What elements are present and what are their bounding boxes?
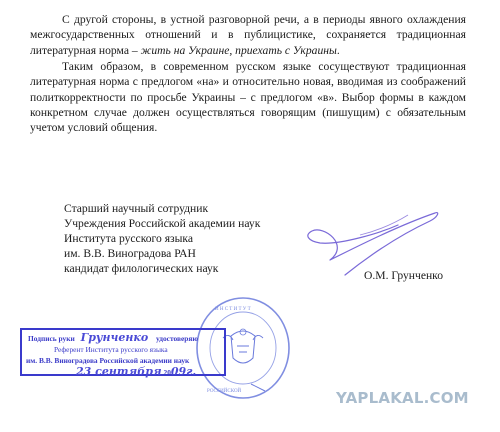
stamp-line-2: Референт Института русского языка: [26, 344, 220, 355]
stamp-handwritten-date: 23 сентября: [76, 365, 162, 378]
stamp-line-1-label: Подпись руки: [28, 334, 75, 343]
certification-stamp: Подпись руки Грунченко удостоверяю Рефер…: [20, 328, 226, 376]
paragraph-1: С другой стороны, в устной разговорной р…: [30, 12, 466, 58]
stamp-handwritten-year: 09г.: [171, 365, 196, 378]
paragraph-2: Таким образом, в современном русском язы…: [30, 59, 466, 135]
stamp-handwritten-name: Грунченко: [81, 331, 149, 344]
signature-line-3: Института русского языка: [64, 231, 260, 246]
signature-line-1: Старший научный сотрудник: [64, 201, 260, 216]
paragraph-2-text: Таким образом, в современном русском язы…: [30, 60, 466, 134]
paragraph-1-italic: жить на Украине, приехать с Украины: [141, 44, 337, 57]
signature-block: Старший научный сотрудник Учреждения Рос…: [64, 201, 260, 276]
site-watermark: YAPLAKAL.COM: [336, 389, 469, 407]
svg-text:И Н С Т И Т У Т: И Н С Т И Т У Т: [215, 307, 251, 312]
stamp-line-1-end: удостоверяю: [156, 334, 198, 343]
signer-name: О.М. Грунченко: [364, 269, 443, 282]
signature-line-5: кандидат филологических наук: [64, 261, 260, 276]
paragraph-1-tail: .: [337, 44, 340, 57]
signature-line-4: им. В.В. Виноградова РАН: [64, 246, 260, 261]
stamp-year-prefix: 20: [164, 368, 171, 377]
signature-line-2: Учреждения Российской академии наук: [64, 216, 260, 231]
svg-text:РОССИЙСКОЙ: РОССИЙСКОЙ: [207, 388, 242, 394]
